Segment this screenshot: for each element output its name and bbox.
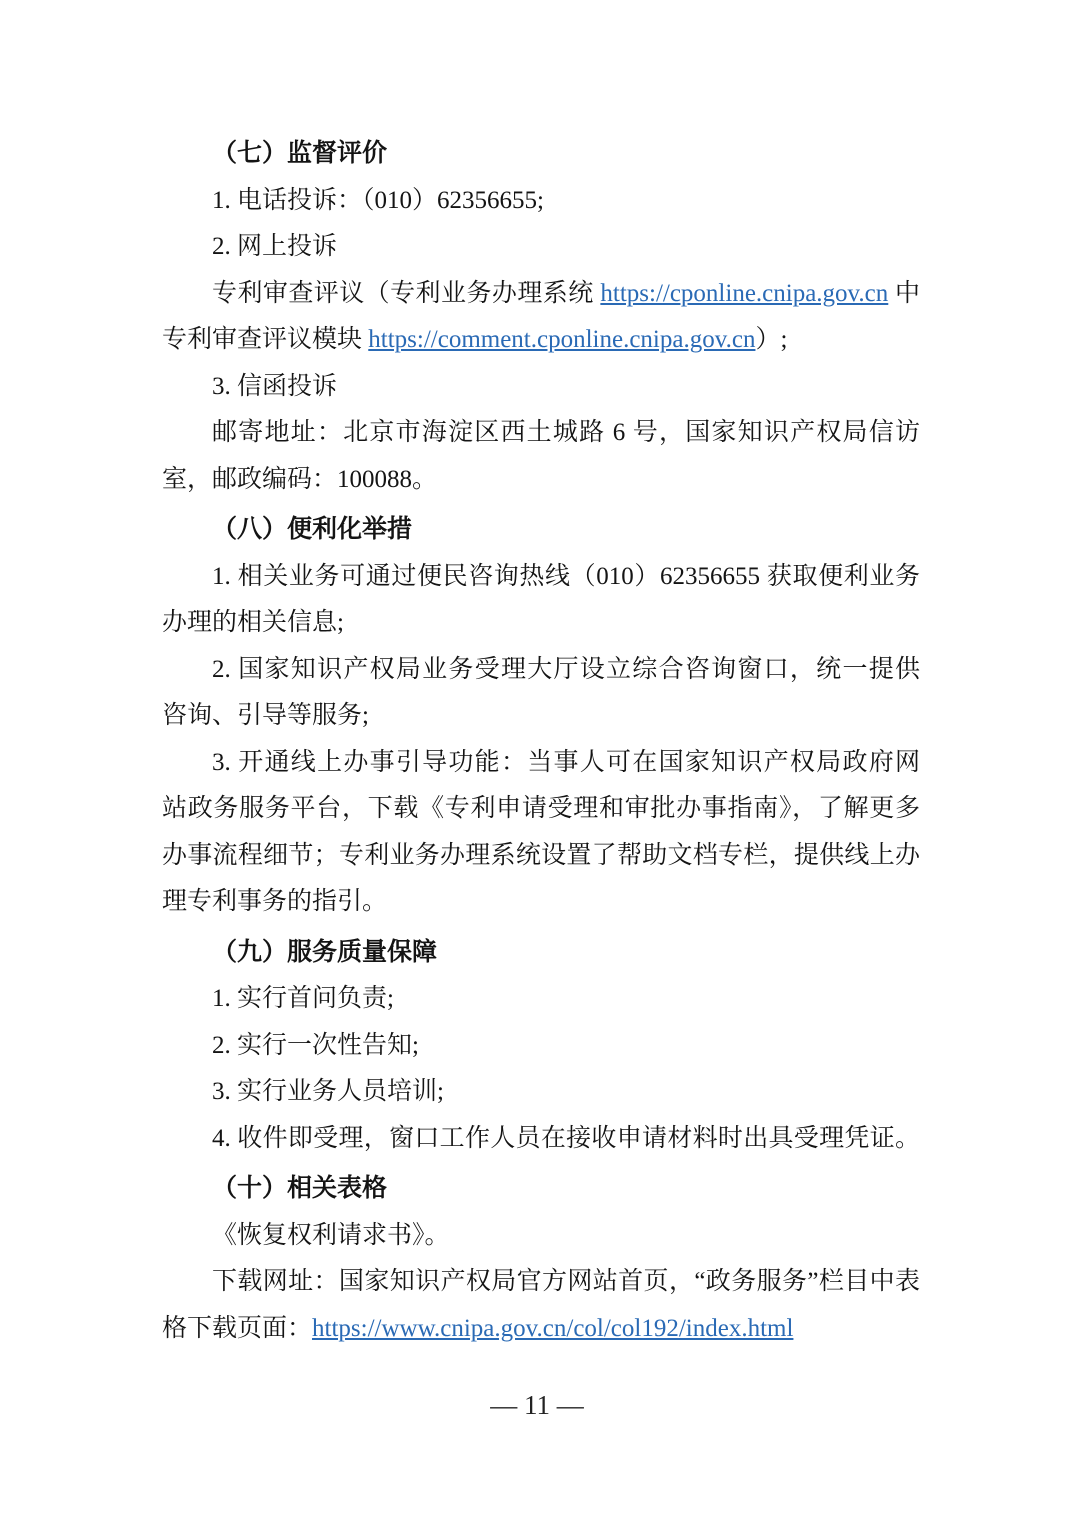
body-text-line: 2. 实行一次性告知; (162, 1023, 920, 1070)
body-text-line: 《恢复权利请求书》。 (162, 1213, 920, 1260)
body-text-line: 1. 实行首问负责; (162, 976, 920, 1023)
body-text-line: 1. 电话投诉：（010）62356655; (162, 178, 920, 225)
line-text: 专利审查评议（专利业务办理系统 (212, 280, 600, 307)
body-text-line: 3. 实行业务人员培训; (162, 1069, 920, 1116)
section-heading-7: （七）监督评价 (162, 131, 920, 178)
document-content: （七）监督评价 1. 电话投诉：（010）62356655; 2. 网上投诉 专… (162, 127, 920, 1352)
body-text-line: 4. 收件即受理，窗口工作人员在接收申请材料时出具受理凭证。 (162, 1116, 920, 1163)
section-heading-10: （十）相关表格 (162, 1166, 920, 1213)
document-page: （七）监督评价 1. 电话投诉：（010）62356655; 2. 网上投诉 专… (0, 0, 1074, 1520)
body-text-line: 办事流程细节；专利业务办理系统设置了帮助文档专栏，提供线上办 (162, 833, 920, 880)
section-heading-8: （八）便利化举措 (162, 507, 920, 554)
body-text-line: 办理的相关信息; (162, 600, 920, 647)
line-text: ）; (755, 326, 787, 353)
line-text: 格下载页面： (162, 1315, 312, 1342)
body-text-line: 格下载页面：https://www.cnipa.gov.cn/col/col19… (162, 1306, 920, 1353)
line-text: 中 (888, 280, 920, 307)
body-text-line: 2. 国家知识产权局业务受理大厅设立综合咨询窗口，统一提供 (162, 647, 920, 694)
page-number: — 11 — (0, 1385, 1074, 1425)
body-text-line: 1. 相关业务可通过便民咨询热线（010）62356655 获取便利业务 (162, 554, 920, 601)
body-text-line: 下载网址：国家知识产权局官方网站首页，“政务服务”栏目中表 (162, 1259, 920, 1306)
body-text-line: 2. 网上投诉 (162, 224, 920, 271)
body-text-line: 专利审查评议模块 https://comment.cponline.cnipa.… (162, 317, 920, 364)
link-comment-cponline[interactable]: https://comment.cponline.cnipa.gov.cn (368, 326, 755, 353)
link-cnipa-forms[interactable]: https://www.cnipa.gov.cn/col/col192/inde… (312, 1315, 793, 1342)
line-text: 专利审查评议模块 (162, 326, 368, 353)
body-text-line: 站政务服务平台，下载《专利申请受理和审批办事指南》，了解更多 (162, 786, 920, 833)
link-cponline[interactable]: https://cponline.cnipa.gov.cn (600, 280, 888, 307)
body-text-line: 理专利事务的指引。 (162, 879, 920, 926)
body-text-line: 3. 开通线上办事引导功能：当事人可在国家知识产权局政府网 (162, 740, 920, 787)
body-text-line: 咨询、引导等服务; (162, 693, 920, 740)
section-heading-9: （九）服务质量保障 (162, 930, 920, 977)
body-text-line: 邮寄地址：北京市海淀区西土城路 6 号，国家知识产权局信访 (162, 410, 920, 457)
body-text-line: 专利审查评议（专利业务办理系统 https://cponline.cnipa.g… (162, 271, 920, 318)
body-text-line: 室，邮政编码：100088。 (162, 457, 920, 504)
body-text-line: 3. 信函投诉 (162, 364, 920, 411)
